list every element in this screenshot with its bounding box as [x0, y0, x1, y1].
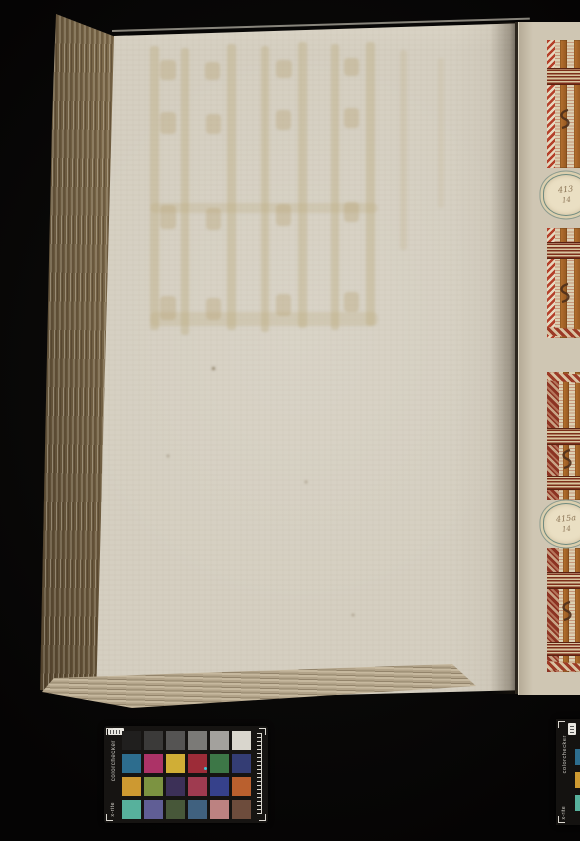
scroll-ornament-icon: [557, 108, 571, 130]
scroll-ornament-icon: [559, 600, 573, 622]
facing-swatch-page-strip: 413 14 415a 14: [518, 22, 580, 695]
colorchecker-row: [122, 731, 251, 750]
ribbon-swatch: [547, 548, 580, 672]
corner-mark-icon: [259, 728, 266, 735]
color-patch: [122, 731, 141, 750]
colorchecker-card-partial: colorchecker x-rite: [556, 719, 580, 825]
colorchecker-card: colorchecker x-rite: [104, 726, 268, 823]
digitized-book-photograph: 413 14 415a 14 colorchecker x-rite color…: [0, 0, 580, 841]
color-patch: [166, 731, 185, 750]
barcode-sticker: [568, 723, 576, 735]
color-patch: [188, 777, 207, 796]
color-patch: [232, 800, 251, 819]
colorchecker-row: [122, 777, 251, 796]
color-patch: [232, 777, 251, 796]
color-patch: [210, 777, 229, 796]
corner-mark-icon: [259, 814, 266, 821]
color-patch: [144, 800, 163, 819]
colorchecker-row: [122, 754, 251, 773]
color-patch: [210, 754, 229, 773]
gutter-shadow: [490, 22, 518, 694]
registration-dot: [204, 767, 207, 770]
color-patch: [575, 749, 580, 765]
colorchecker-row: [575, 795, 580, 811]
swatch-number: 413: [558, 185, 574, 195]
colorchecker-wordmark: colorchecker: [562, 735, 568, 773]
colorchecker-wordmark: colorchecker: [111, 740, 117, 781]
swatch-number: 415a: [556, 514, 577, 524]
swatch-subnumber: 14: [561, 525, 571, 534]
color-patch: [210, 800, 229, 819]
colorchecker-row: [122, 800, 251, 819]
color-patch: [575, 772, 580, 788]
corner-mark-icon: [558, 816, 565, 823]
swatch-label-cartouche: 413 14: [543, 174, 580, 216]
color-patch: [232, 754, 251, 773]
swatch-subnumber: 14: [561, 196, 571, 205]
color-patch: [144, 754, 163, 773]
scroll-ornament-icon: [557, 282, 571, 304]
corner-mark-icon: [106, 814, 113, 821]
color-patch: [166, 800, 185, 819]
color-patch: [210, 731, 229, 750]
colorchecker-patch-grid: [122, 731, 251, 819]
color-patch: [188, 731, 207, 750]
color-patch: [122, 754, 141, 773]
color-patch: [144, 777, 163, 796]
color-patch: [144, 731, 163, 750]
color-patch: [575, 795, 580, 811]
color-patch: [188, 800, 207, 819]
colorchecker-edge-patches: [575, 749, 580, 811]
ribbon-swatch: [547, 228, 580, 338]
color-patch: [166, 777, 185, 796]
color-patch: [122, 777, 141, 796]
color-patch: [122, 800, 141, 819]
swatch-label-cartouche: 415a 14: [543, 503, 580, 545]
ribbon-swatch: [547, 40, 580, 168]
ruler-scale: [257, 733, 262, 814]
corner-mark-icon: [558, 721, 565, 728]
colorchecker-row: [575, 772, 580, 788]
scroll-ornament-icon: [559, 448, 573, 470]
colorchecker-row: [575, 749, 580, 765]
color-patch: [188, 754, 207, 773]
corner-mark-icon: [106, 728, 113, 735]
color-patch: [232, 731, 251, 750]
color-patch: [166, 754, 185, 773]
ribbon-swatch: [547, 372, 580, 500]
